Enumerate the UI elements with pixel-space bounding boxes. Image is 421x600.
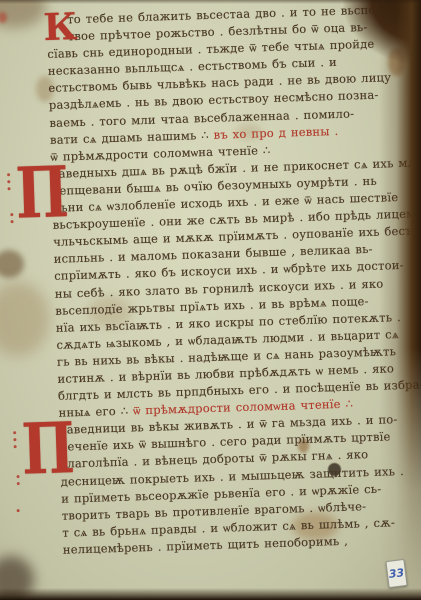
drop-cap-initial-P-second-reading: П <box>21 413 76 485</box>
manuscript-page-photo: К П П то тебе не блажить вьсестаа дво . … <box>0 0 421 600</box>
text-column: К П П то тебе не блажить вьсестаа дво . … <box>46 1 421 559</box>
ornament-dots <box>13 431 16 434</box>
ornament-dots <box>7 173 10 176</box>
folio-number-label: 33 <box>385 559 407 588</box>
drop-cap-initial-P-first-reading: П <box>15 157 70 229</box>
rubric-text: въ хо про д невны . <box>213 124 338 142</box>
drop-cap-initial-K: К <box>43 8 78 46</box>
folio-number: 33 <box>388 566 405 581</box>
text-lines: то тебе не блажить вьсестаа дво . и то н… <box>46 1 421 559</box>
